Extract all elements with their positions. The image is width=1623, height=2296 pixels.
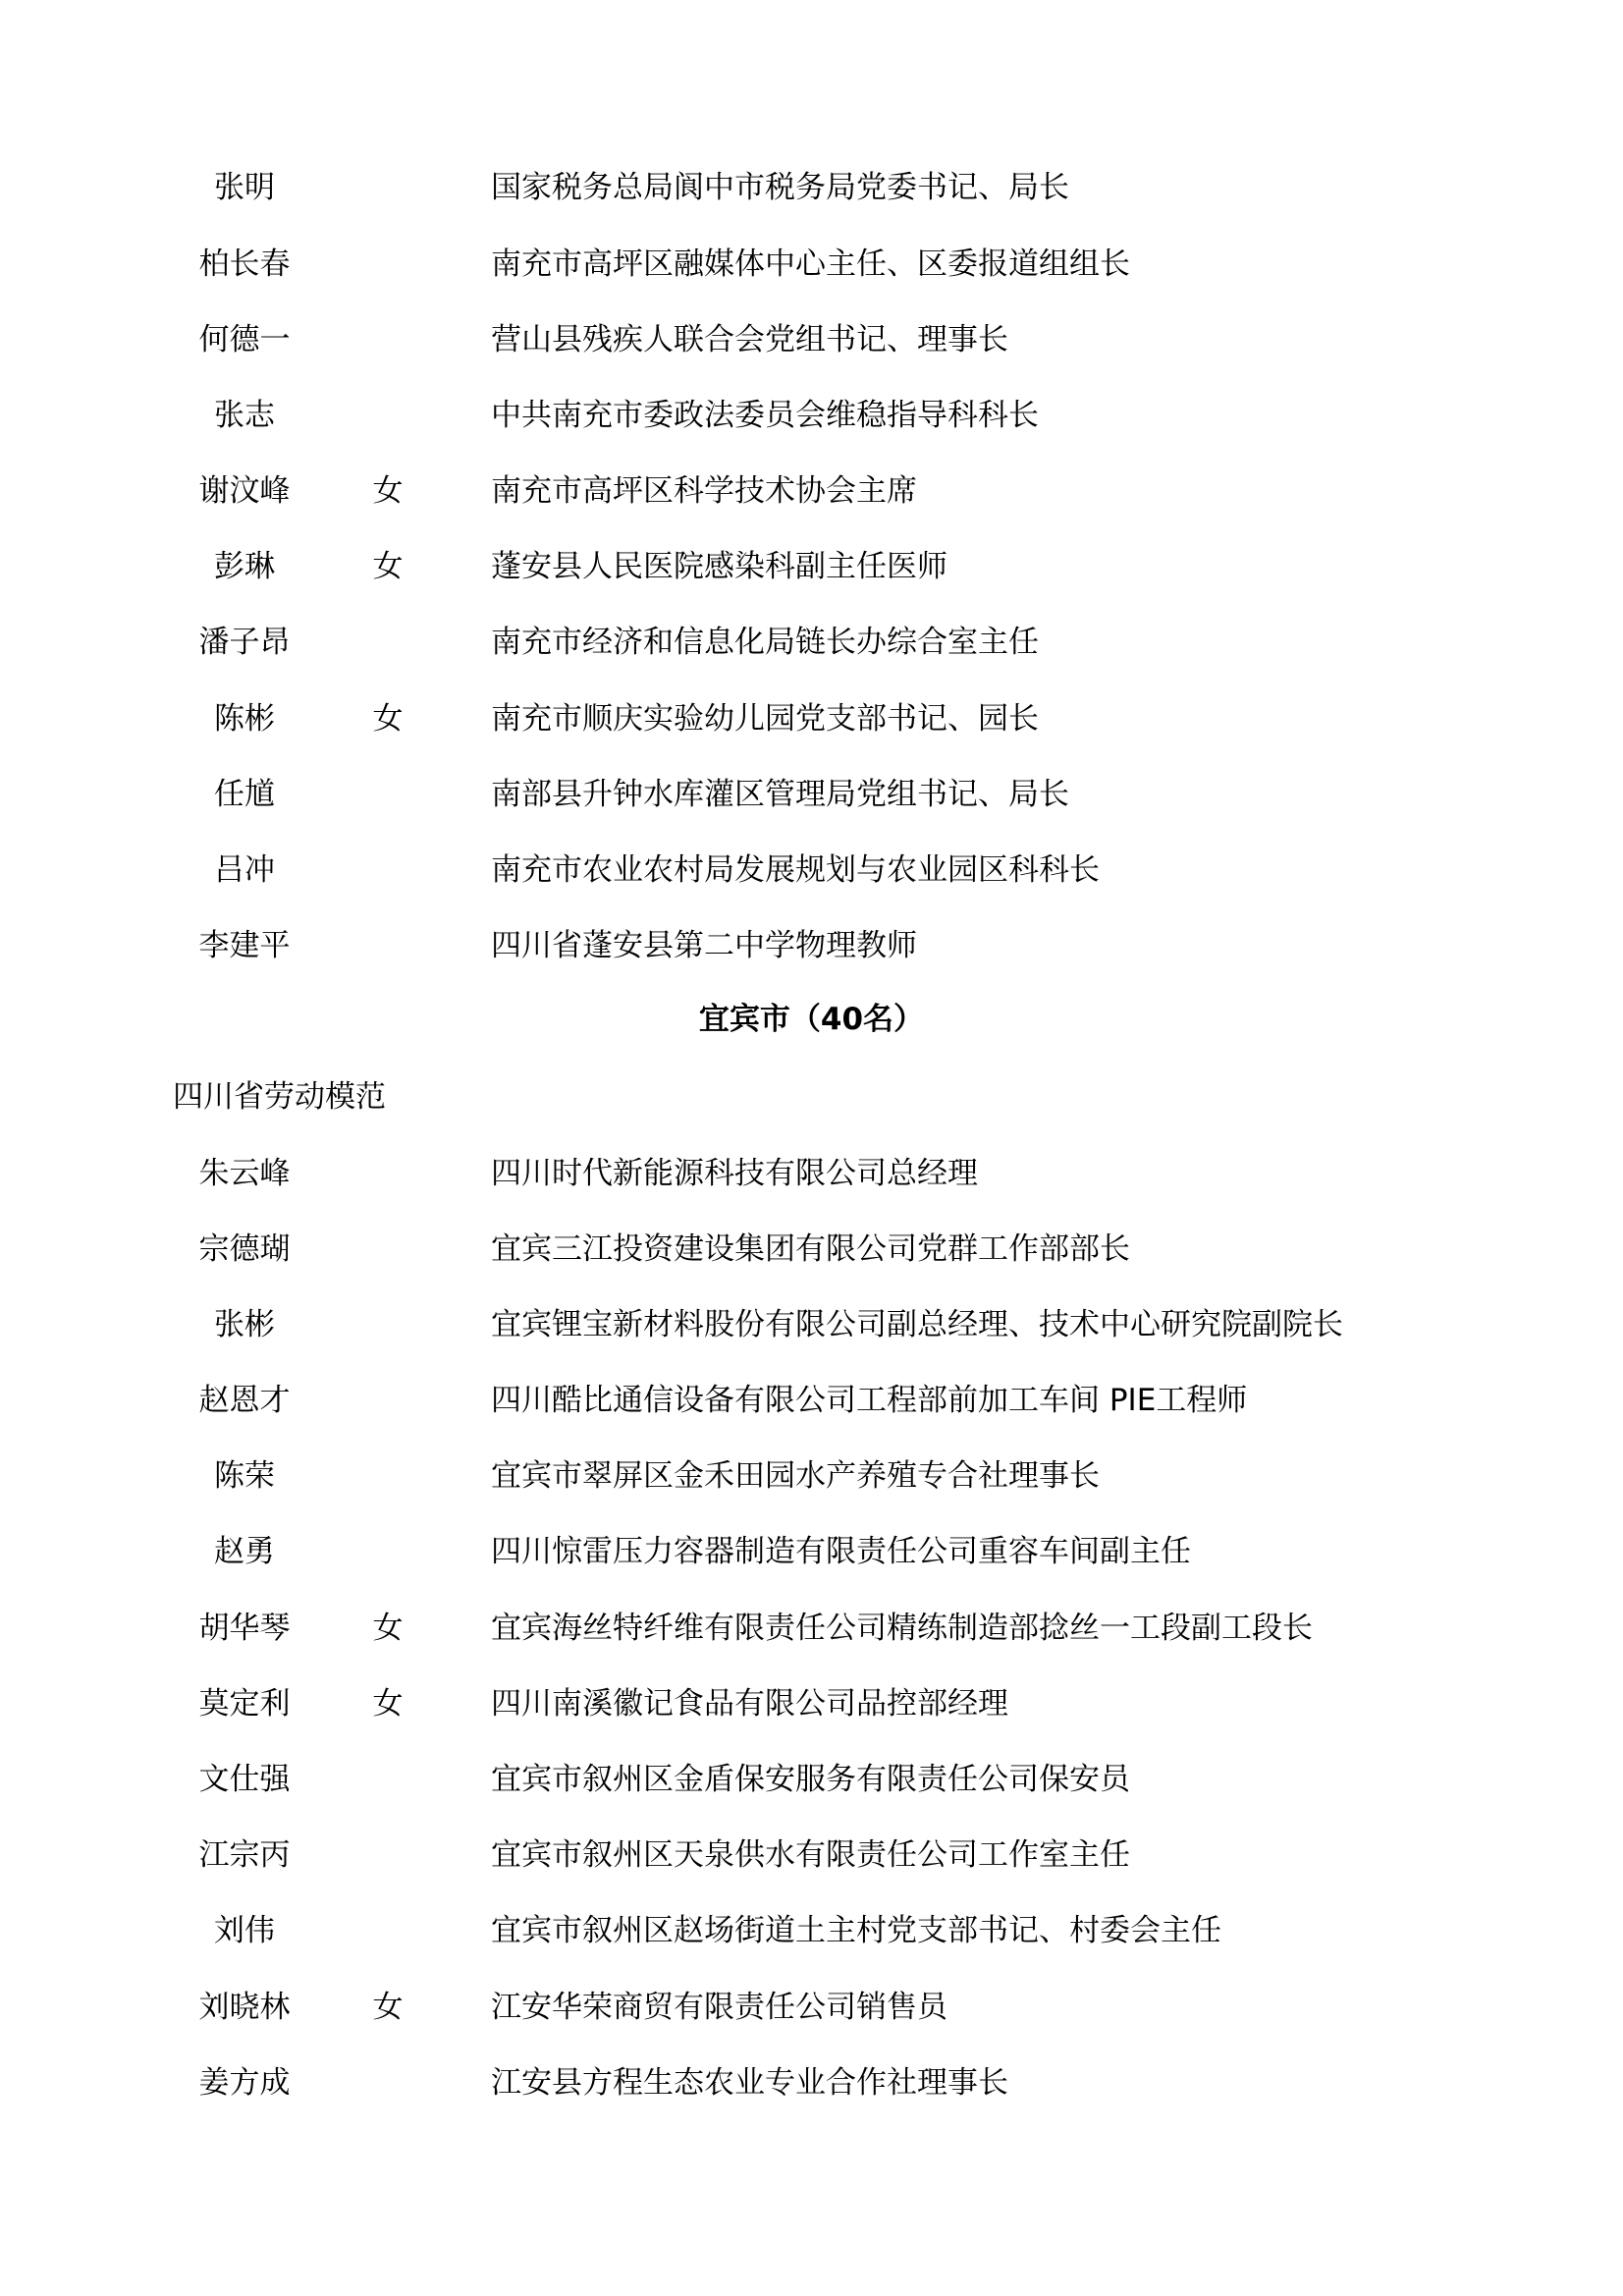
person-name: 赵勇 bbox=[196, 1532, 293, 1571]
person-org: 南充市高坪区融媒体中心主任、区委报道组组长 bbox=[491, 245, 1130, 284]
person-org: 蓬安县人民医院感染科副主任医师 bbox=[491, 547, 947, 586]
person-name: 吕冲 bbox=[196, 850, 293, 890]
person-name: 刘伟 bbox=[196, 1911, 293, 1950]
list-item: 张彬 宜宾锂宝新材料股份有限公司副总经理、技术中心研究院副院长 bbox=[0, 1305, 1623, 1344]
list-item: 朱云峰 四川时代新能源科技有限公司总经理 bbox=[0, 1154, 1623, 1193]
list-item: 任馗 南部县升钟水库灌区管理局党组书记、局长 bbox=[0, 775, 1623, 814]
person-name: 彭琳 bbox=[196, 547, 293, 586]
list-item: 何德一 营山县残疾人联合会党组书记、理事长 bbox=[0, 320, 1623, 359]
person-gender: 女 bbox=[371, 1609, 405, 1648]
person-gender: 女 bbox=[371, 1684, 405, 1723]
list-item: 姜方成 江安县方程生态农业专业合作社理事长 bbox=[0, 2063, 1623, 2103]
person-org: 中共南充市委政法委员会维稳指导科科长 bbox=[491, 396, 1039, 435]
person-name: 陈彬 bbox=[196, 699, 293, 738]
person-name: 姜方成 bbox=[196, 2063, 293, 2103]
person-name: 张明 bbox=[196, 168, 293, 207]
document-page: 张明 国家税务总局阆中市税务局党委书记、局长 柏长春 南充市高坪区融媒体中心主任… bbox=[0, 0, 1623, 2296]
person-org: 江安华荣商贸有限责任公司销售员 bbox=[491, 1988, 947, 2027]
person-org: 宜宾市叙州区金盾保安服务有限责任公司保安员 bbox=[491, 1760, 1130, 1799]
list-item: 张明 国家税务总局阆中市税务局党委书记、局长 bbox=[0, 168, 1623, 207]
list-item: 彭琳 女 蓬安县人民医院感染科副主任医师 bbox=[0, 547, 1623, 586]
list-item: 谢汶峰 女 南充市高坪区科学技术协会主席 bbox=[0, 471, 1623, 511]
category-label: 四川省劳动模范 bbox=[173, 1077, 386, 1117]
person-org: 宜宾海丝特纤维有限责任公司精练制造部捻丝一工段副工段长 bbox=[491, 1609, 1313, 1648]
person-gender: 女 bbox=[371, 471, 405, 511]
list-item: 胡华琴 女 宜宾海丝特纤维有限责任公司精练制造部捻丝一工段副工段长 bbox=[0, 1609, 1623, 1648]
person-org: 宜宾市叙州区赵场街道土主村党支部书记、村委会主任 bbox=[491, 1911, 1221, 1950]
person-org: 南部县升钟水库灌区管理局党组书记、局长 bbox=[491, 775, 1069, 814]
list-item: 潘子昂 南充市经济和信息化局链长办综合室主任 bbox=[0, 623, 1623, 662]
person-name: 张志 bbox=[196, 396, 293, 435]
list-item: 刘伟 宜宾市叙州区赵场街道土主村党支部书记、村委会主任 bbox=[0, 1911, 1623, 1950]
person-org: 四川时代新能源科技有限公司总经理 bbox=[491, 1154, 978, 1193]
list-item: 赵勇 四川惊雷压力容器制造有限责任公司重容车间副主任 bbox=[0, 1532, 1623, 1571]
list-item: 张志 中共南充市委政法委员会维稳指导科科长 bbox=[0, 396, 1623, 435]
person-name: 赵恩才 bbox=[196, 1381, 293, 1420]
person-org: 四川南溪徽记食品有限公司品控部经理 bbox=[491, 1684, 1008, 1723]
list-item: 赵恩才 四川酷比通信设备有限公司工程部前加工车间 PIE工程师 bbox=[0, 1381, 1623, 1420]
person-org: 南充市经济和信息化局链长办综合室主任 bbox=[491, 623, 1039, 662]
person-name: 莫定利 bbox=[196, 1684, 293, 1723]
person-name: 张彬 bbox=[196, 1305, 293, 1344]
person-org: 宜宾市翠屏区金禾田园水产养殖专合社理事长 bbox=[491, 1456, 1100, 1496]
list-item: 刘晓林 女 江安华荣商贸有限责任公司销售员 bbox=[0, 1988, 1623, 2027]
person-name: 谢汶峰 bbox=[196, 471, 293, 511]
person-name: 朱云峰 bbox=[196, 1154, 293, 1193]
list-item: 宗德瑚 宜宾三江投资建设集团有限公司党群工作部部长 bbox=[0, 1230, 1623, 1269]
person-org: 南充市高坪区科学技术协会主席 bbox=[491, 471, 917, 511]
person-org: 南充市农业农村局发展规划与农业园区科科长 bbox=[491, 850, 1100, 890]
person-org: 四川省蓬安县第二中学物理教师 bbox=[491, 926, 917, 965]
list-item: 柏长春 南充市高坪区融媒体中心主任、区委报道组组长 bbox=[0, 245, 1623, 284]
list-item: 莫定利 女 四川南溪徽记食品有限公司品控部经理 bbox=[0, 1684, 1623, 1723]
person-name: 江宗丙 bbox=[196, 1835, 293, 1875]
person-org: 南充市顺庆实验幼儿园党支部书记、园长 bbox=[491, 699, 1039, 738]
list-item: 文仕强 宜宾市叙州区金盾保安服务有限责任公司保安员 bbox=[0, 1760, 1623, 1799]
person-name: 刘晓林 bbox=[196, 1988, 293, 2027]
person-name: 李建平 bbox=[196, 926, 293, 965]
list-item: 李建平 四川省蓬安县第二中学物理教师 bbox=[0, 926, 1623, 965]
person-gender: 女 bbox=[371, 547, 405, 586]
person-name: 宗德瑚 bbox=[196, 1230, 293, 1269]
person-name: 胡华琴 bbox=[196, 1609, 293, 1648]
list-item: 陈荣 宜宾市翠屏区金禾田园水产养殖专合社理事长 bbox=[0, 1456, 1623, 1496]
person-name: 何德一 bbox=[196, 320, 293, 359]
person-org: 营山县残疾人联合会党组书记、理事长 bbox=[491, 320, 1008, 359]
person-org: 国家税务总局阆中市税务局党委书记、局长 bbox=[491, 168, 1069, 207]
person-gender: 女 bbox=[371, 1988, 405, 2027]
person-org: 宜宾锂宝新材料股份有限公司副总经理、技术中心研究院副院长 bbox=[491, 1305, 1343, 1344]
list-item: 陈彬 女 南充市顺庆实验幼儿园党支部书记、园长 bbox=[0, 699, 1623, 738]
person-name: 任馗 bbox=[196, 775, 293, 814]
person-org: 四川酷比通信设备有限公司工程部前加工车间 PIE工程师 bbox=[491, 1381, 1247, 1420]
person-org: 江安县方程生态农业专业合作社理事长 bbox=[491, 2063, 1008, 2103]
person-org: 四川惊雷压力容器制造有限责任公司重容车间副主任 bbox=[491, 1532, 1191, 1571]
person-name: 陈荣 bbox=[196, 1456, 293, 1496]
person-name: 潘子昂 bbox=[196, 623, 293, 662]
person-org: 宜宾三江投资建设集团有限公司党群工作部部长 bbox=[491, 1230, 1130, 1269]
person-name: 文仕强 bbox=[196, 1760, 293, 1799]
list-item: 吕冲 南充市农业农村局发展规划与农业园区科科长 bbox=[0, 850, 1623, 890]
person-name: 柏长春 bbox=[196, 245, 293, 284]
list-item: 江宗丙 宜宾市叙州区天泉供水有限责任公司工作室主任 bbox=[0, 1835, 1623, 1875]
section-heading-yibin: 宜宾市（40名） bbox=[0, 1000, 1623, 1039]
person-org: 宜宾市叙州区天泉供水有限责任公司工作室主任 bbox=[491, 1835, 1130, 1875]
person-gender: 女 bbox=[371, 699, 405, 738]
